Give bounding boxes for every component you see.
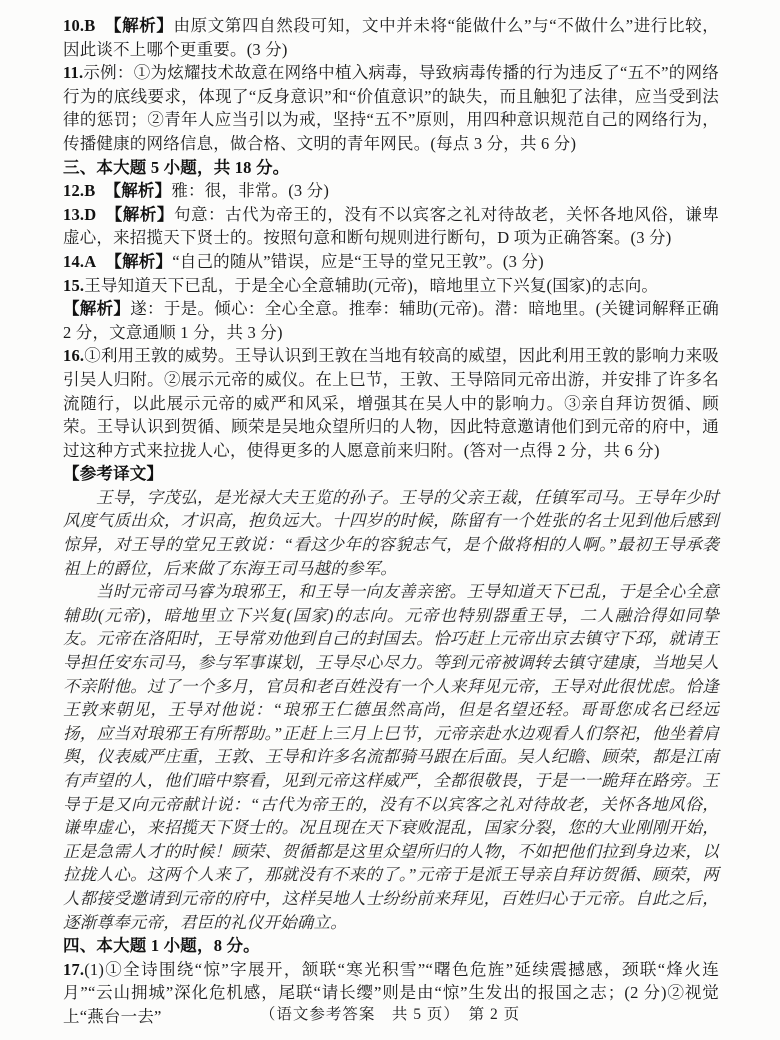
answer-sheet-content: 10.B【解析】由原文第四自然段可知，文中并未将“能做什么”与“不做什么”进行比… <box>63 14 719 1029</box>
answer-q15-jiexi: 【解析】遂：于是。倾心：全心全意。推奉：辅助(元帝)。潜：暗地里。(关键词解释正… <box>63 297 719 344</box>
answer-q12: 12.B【解析】雅：很，非常。(3 分) <box>63 179 719 203</box>
answer-q14: 14.A【解析】“自己的随从”错误，应是“王导的堂兄王敦”。(3 分) <box>63 250 719 274</box>
jiexi-tag: 【解析】 <box>105 252 172 271</box>
question-number: 16. <box>63 346 84 365</box>
answer-q16: 16.①利用王敦的威势。王导认识到王敦在当地有较高的威望，因此利用王敦的影响力来… <box>63 344 719 462</box>
answer-body: 王导知道天下已乱，于是全心全意辅助(元帝)，暗地里立下兴复(国家)的志向。 <box>84 276 658 295</box>
reference-translation-title: 【参考译文】 <box>63 462 719 486</box>
jiexi-tag: 【解析】 <box>63 299 130 318</box>
section-heading-4: 四、本大题 1 小题，8 分。 <box>63 934 719 958</box>
answer-q11: 11.示例：①为炫耀技术故意在网络中植入病毒，导致病毒传播的行为违反了“五不”的… <box>63 61 719 155</box>
jiexi-tag: 【解析】 <box>105 16 174 35</box>
answer-body: ①利用王敦的威势。王导认识到王敦在当地有较高的威望，因此利用王敦的影响力来吸引吴… <box>63 346 719 459</box>
footer-text: （语文参考答案 共 5 页） 第 2 页 <box>260 1006 520 1023</box>
answer-body: “自己的随从”错误，应是“王导的堂兄王敦”。(3 分) <box>172 252 544 271</box>
question-number: 10.B <box>63 16 95 35</box>
answer-q13: 13.D【解析】句意：古代为帝王的，没有不以宾客之礼对待故老，关怀各地风俗，谦卑… <box>63 203 719 250</box>
answer-body: 遂：于是。倾心：全心全意。推奉：辅助(元帝)。潜：暗地里。(关键词解释正确 2 … <box>63 299 719 342</box>
document-page: 10.B【解析】由原文第四自然段可知，文中并未将“能做什么”与“不做什么”进行比… <box>0 0 780 1040</box>
question-number: 11. <box>63 63 83 82</box>
question-number: 13.D <box>63 205 96 224</box>
translation-paragraph-2: 当时元帝司马睿为琅邪王，和王导一向友善亲密。王导知道天下已乱，于是全心全意辅助(… <box>63 580 719 934</box>
question-number: 14.A <box>63 252 96 271</box>
answer-q15: 15.王导知道天下已乱，于是全心全意辅助(元帝)，暗地里立下兴复(国家)的志向。 <box>63 274 719 298</box>
page-footer: （语文参考答案 共 5 页） 第 2 页 <box>0 1002 780 1024</box>
answer-body: 雅：很，非常。(3 分) <box>171 181 329 200</box>
jiexi-tag: 【解析】 <box>105 181 172 200</box>
answer-q10: 10.B【解析】由原文第四自然段可知，文中并未将“能做什么”与“不做什么”进行比… <box>63 14 719 61</box>
question-number: 15. <box>63 276 84 295</box>
section-heading-3: 三、本大题 5 小题，共 18 分。 <box>63 156 719 180</box>
question-number: 12.B <box>63 181 95 200</box>
translation-paragraph-1: 王导，字茂弘，是光禄大夫王览的孙子。王导的父亲王裁，任镇军司马。王导年少时风度气… <box>63 486 719 580</box>
answer-body: 示例：①为炫耀技术故意在网络中植入病毒，导致病毒传播的行为违反了“五不”的网络行… <box>63 63 719 153</box>
jiexi-tag: 【解析】 <box>105 205 174 224</box>
question-number: 17. <box>63 960 84 979</box>
